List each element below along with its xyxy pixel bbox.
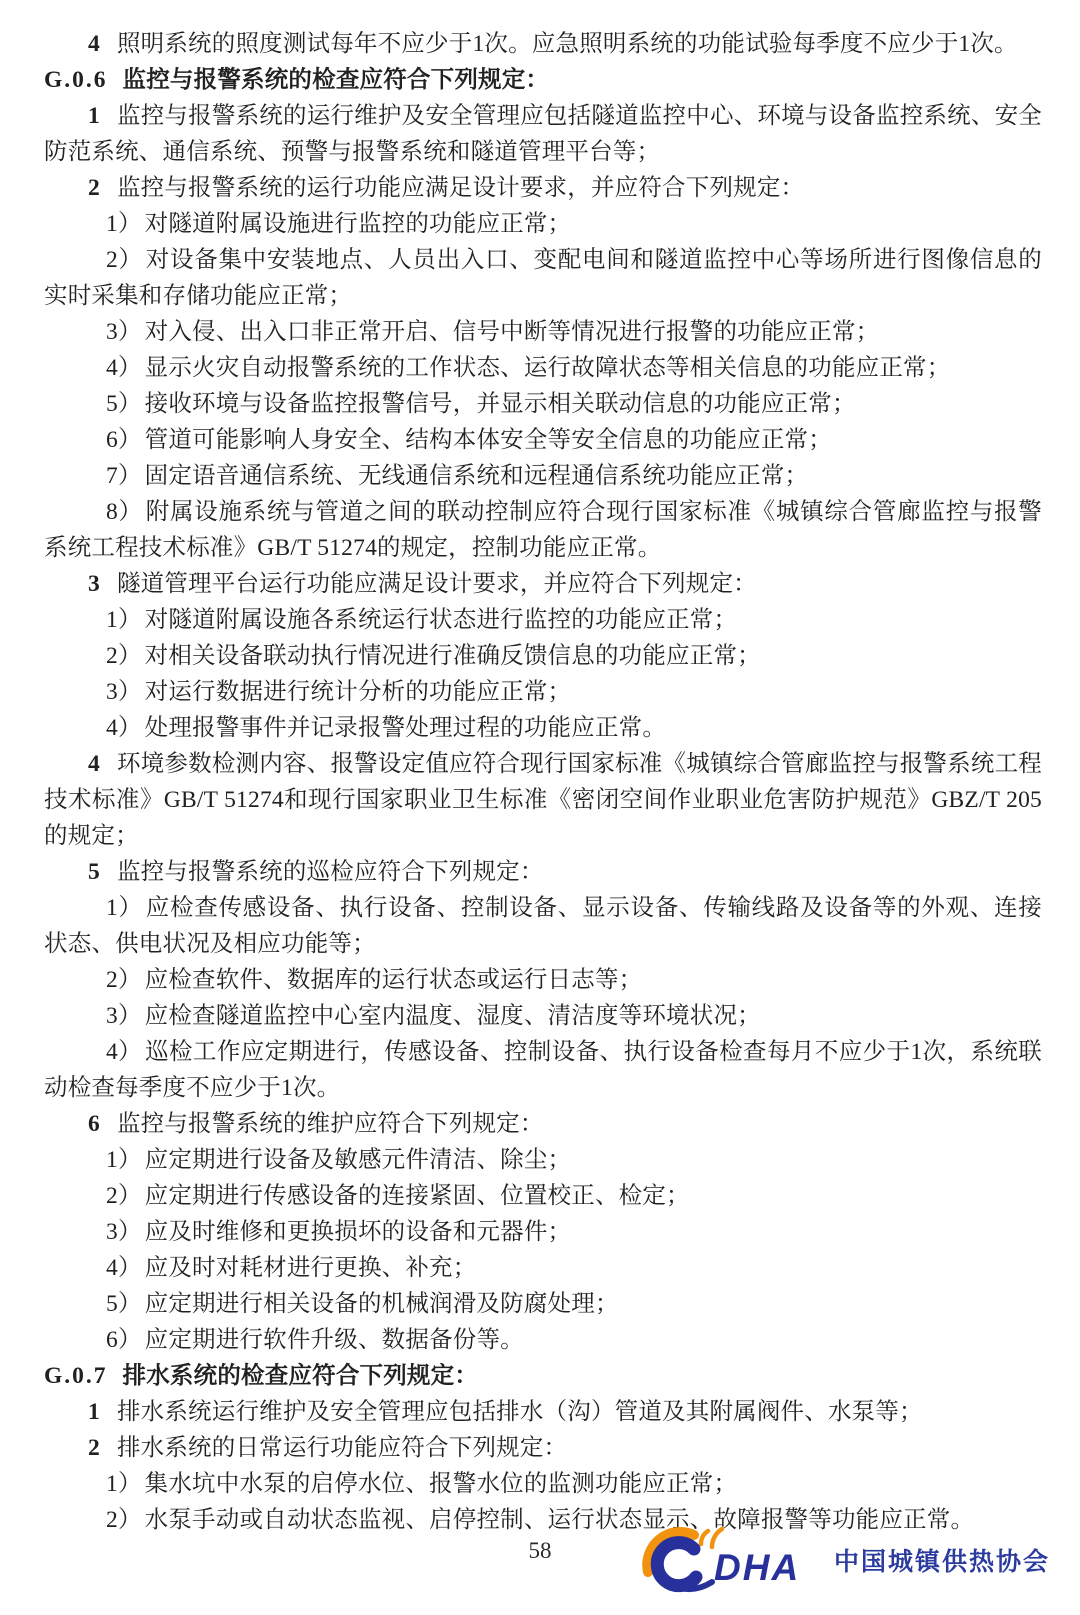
item-text: 固定语音通信系统、无线通信系统和远程通信系统功能应正常； bbox=[145, 463, 809, 489]
item-text: 排水系统的日常运行功能应符合下列规定： bbox=[117, 1435, 567, 1461]
clause-paragraph: G.0.7排水系统的检查应符合下列规定： bbox=[44, 1358, 1042, 1394]
item-label: 8） bbox=[106, 499, 143, 525]
page-footer: 58 DHA 中国城镇供热协会 bbox=[0, 1526, 1080, 1606]
item-label: 3 bbox=[88, 571, 100, 597]
sub-list-item: 2）对设备集中安装地点、人员出入口、变配电间和隧道监控中心等场所进行图像信息的实… bbox=[44, 242, 1042, 314]
association-logo: DHA 中国城镇供热协会 bbox=[636, 1526, 1050, 1594]
numbered-item: 2监控与报警系统的运行功能应满足设计要求，并应符合下列规定： bbox=[44, 170, 1042, 206]
item-text: 应检查隧道监控中心室内温度、湿度、清洁度等环境状况； bbox=[145, 1003, 761, 1029]
item-text: 对设备集中安装地点、人员出入口、变配电间和隧道监控中心等场所进行图像信息的实时采… bbox=[44, 247, 1042, 309]
item-text: 对运行数据进行统计分析的功能应正常； bbox=[145, 679, 572, 705]
numbered-item: 6监控与报警系统的维护应符合下列规定： bbox=[44, 1106, 1042, 1142]
item-text: 管道可能影响人身安全、结构本体安全等安全信息的功能应正常； bbox=[145, 427, 832, 453]
item-label: 4） bbox=[106, 715, 142, 741]
clause-paragraph: G.0.6监控与报警系统的检查应符合下列规定： bbox=[44, 62, 1042, 98]
item-text: 对隧道附属设施进行监控的功能应正常； bbox=[145, 211, 572, 237]
item-text: 监控与报警系统的检查应符合下列规定： bbox=[123, 67, 550, 93]
item-label: 2 bbox=[88, 175, 100, 201]
sub-list-item: 2）应定期进行传感设备的连接紧固、位置校正、检定； bbox=[44, 1178, 1042, 1214]
item-label: 7） bbox=[106, 463, 142, 489]
item-label: 2 bbox=[88, 1435, 100, 1461]
item-text: 显示火灾自动报警系统的工作状态、运行故障状态等相关信息的功能应正常； bbox=[145, 355, 951, 381]
item-text: 应检查传感设备、执行设备、控制设备、显示设备、传输线路及设备等的外观、连接状态、… bbox=[44, 895, 1042, 957]
item-label: 5 bbox=[88, 859, 100, 885]
item-text: 对相关设备联动执行情况进行准确反馈信息的功能应正常； bbox=[145, 643, 761, 669]
item-label: 3） bbox=[106, 319, 142, 345]
item-label: 5） bbox=[106, 1291, 142, 1317]
item-label: 1 bbox=[88, 1399, 100, 1425]
sub-list-item: 4）处理报警事件并记录报警处理过程的功能应正常。 bbox=[44, 710, 1042, 746]
sub-list-item: 1）对隧道附属设施进行监控的功能应正常； bbox=[44, 206, 1042, 242]
document-body: 4照明系统的照度测试每年不应少于1次。应急照明系统的功能试验每季度不应少于1次。… bbox=[44, 26, 1042, 1538]
item-text: 应定期进行设备及敏感元件清洁、除尘； bbox=[145, 1147, 572, 1173]
item-text: 隧道管理平台运行功能应满足设计要求，并应符合下列规定： bbox=[117, 571, 757, 597]
sub-list-item: 1）对隧道附属设施各系统运行状态进行监控的功能应正常； bbox=[44, 602, 1042, 638]
sub-list-item: 8）附属设施系统与管道之间的联动控制应符合现行国家标准《城镇综合管廊监控与报警系… bbox=[44, 494, 1042, 566]
item-text: 监控与报警系统的巡检应符合下列规定： bbox=[117, 859, 544, 885]
numbered-item: 4环境参数检测内容、报警设定值应符合现行国家标准《城镇综合管廊监控与报警系统工程… bbox=[44, 746, 1042, 854]
sub-list-item: 1）应定期进行设备及敏感元件清洁、除尘； bbox=[44, 1142, 1042, 1178]
item-text: 集水坑中水泵的启停水位、报警水位的监测功能应正常； bbox=[145, 1471, 738, 1497]
item-label: 4） bbox=[106, 1039, 142, 1065]
item-text: 处理报警事件并记录报警处理过程的功能应正常。 bbox=[145, 715, 666, 741]
sub-list-item: 5）接收环境与设备监控报警信号，并显示相关联动信息的功能应正常； bbox=[44, 386, 1042, 422]
item-text: 排水系统的检查应符合下列规定： bbox=[123, 1363, 479, 1389]
numbered-item: 2排水系统的日常运行功能应符合下列规定： bbox=[44, 1430, 1042, 1466]
item-text: 对隧道附属设施各系统运行状态进行监控的功能应正常； bbox=[145, 607, 738, 633]
sub-list-item: 3）对入侵、出入口非正常开启、信号中断等情况进行报警的功能应正常； bbox=[44, 314, 1042, 350]
item-text: 照明系统的照度测试每年不应少于1次。应急照明系统的功能试验每季度不应少于1次。 bbox=[117, 31, 1018, 57]
item-label: 4） bbox=[106, 355, 142, 381]
sub-list-item: 4）应及时对耗材进行更换、补充； bbox=[44, 1250, 1042, 1286]
sub-list-item: 7）固定语音通信系统、无线通信系统和远程通信系统功能应正常； bbox=[44, 458, 1042, 494]
item-text: 应及时对耗材进行更换、补充； bbox=[145, 1255, 477, 1281]
item-label: 4） bbox=[106, 1255, 142, 1281]
item-label: 5） bbox=[106, 391, 142, 417]
item-label: 3） bbox=[106, 1003, 142, 1029]
item-label: 1） bbox=[106, 211, 142, 237]
dha-logo-icon: DHA bbox=[636, 1526, 826, 1594]
numbered-item: 5监控与报警系统的巡检应符合下列规定： bbox=[44, 854, 1042, 890]
item-text: 附属设施系统与管道之间的联动控制应符合现行国家标准《城镇综合管廊监控与报警系统工… bbox=[44, 499, 1042, 561]
item-label: G.0.7 bbox=[44, 1363, 108, 1389]
item-label: 1） bbox=[106, 1147, 142, 1173]
item-label: 4 bbox=[88, 751, 100, 777]
item-label: 2） bbox=[106, 247, 143, 273]
item-label: 2） bbox=[106, 643, 142, 669]
sub-list-item: 4）巡检工作应定期进行，传感设备、控制设备、执行设备检查每月不应少于1次，系统联… bbox=[44, 1034, 1042, 1106]
sub-list-item: 6）管道可能影响人身安全、结构本体安全等安全信息的功能应正常； bbox=[44, 422, 1042, 458]
item-label: 6） bbox=[106, 1327, 142, 1353]
sub-list-item: 1）集水坑中水泵的启停水位、报警水位的监测功能应正常； bbox=[44, 1466, 1042, 1502]
item-label: 1 bbox=[88, 103, 100, 129]
sub-list-item: 5）应定期进行相关设备的机械润滑及防腐处理； bbox=[44, 1286, 1042, 1322]
item-label: 2） bbox=[106, 967, 142, 993]
item-text: 应检查软件、数据库的运行状态或运行日志等； bbox=[145, 967, 643, 993]
item-text: 应及时维修和更换损坏的设备和元器件； bbox=[145, 1219, 572, 1245]
item-text: 排水系统运行维护及安全管理应包括排水（沟）管道及其附属阀件、水泵等； bbox=[117, 1399, 923, 1425]
sub-list-item: 2）应检查软件、数据库的运行状态或运行日志等； bbox=[44, 962, 1042, 998]
item-text: 对入侵、出入口非正常开启、信号中断等情况进行报警的功能应正常； bbox=[145, 319, 880, 345]
item-label: 3） bbox=[106, 679, 142, 705]
numbered-item: 1排水系统运行维护及安全管理应包括排水（沟）管道及其附属阀件、水泵等； bbox=[44, 1394, 1042, 1430]
sub-list-item: 3）应及时维修和更换损坏的设备和元器件； bbox=[44, 1214, 1042, 1250]
sub-list-item: 3）对运行数据进行统计分析的功能应正常； bbox=[44, 674, 1042, 710]
item-text: 应定期进行传感设备的连接紧固、位置校正、检定； bbox=[145, 1183, 690, 1209]
item-text: 应定期进行软件升级、数据备份等。 bbox=[145, 1327, 524, 1353]
sub-list-item: 1）应检查传感设备、执行设备、控制设备、显示设备、传输线路及设备等的外观、连接状… bbox=[44, 890, 1042, 962]
sub-list-item: 2）对相关设备联动执行情况进行准确反馈信息的功能应正常； bbox=[44, 638, 1042, 674]
item-label: 6） bbox=[106, 427, 142, 453]
item-label: 6 bbox=[88, 1111, 100, 1137]
item-label: 1） bbox=[106, 607, 142, 633]
item-text: 监控与报警系统的维护应符合下列规定： bbox=[117, 1111, 544, 1137]
sub-list-item: 3）应检查隧道监控中心室内温度、湿度、清洁度等环境状况； bbox=[44, 998, 1042, 1034]
item-text: 接收环境与设备监控报警信号，并显示相关联动信息的功能应正常； bbox=[145, 391, 856, 417]
item-text: 监控与报警系统的运行功能应满足设计要求，并应符合下列规定： bbox=[117, 175, 804, 201]
item-text: 巡检工作应定期进行，传感设备、控制设备、执行设备检查每月不应少于1次，系统联动检… bbox=[44, 1039, 1042, 1101]
item-text: 监控与报警系统的运行维护及安全管理应包括隧道监控中心、环境与设备监控系统、安全防… bbox=[44, 103, 1042, 165]
item-label: 2） bbox=[106, 1183, 142, 1209]
item-label: 4 bbox=[88, 31, 100, 57]
association-name: 中国城镇供热协会 bbox=[834, 1542, 1050, 1578]
sub-list-item: 6）应定期进行软件升级、数据备份等。 bbox=[44, 1322, 1042, 1358]
item-text: 环境参数检测内容、报警设定值应符合现行国家标准《城镇综合管廊监控与报警系统工程技… bbox=[44, 751, 1042, 849]
numbered-item: 4照明系统的照度测试每年不应少于1次。应急照明系统的功能试验每季度不应少于1次。 bbox=[44, 26, 1042, 62]
numbered-item: 1监控与报警系统的运行维护及安全管理应包括隧道监控中心、环境与设备监控系统、安全… bbox=[44, 98, 1042, 170]
item-label: G.0.6 bbox=[44, 67, 108, 93]
item-text: 应定期进行相关设备的机械润滑及防腐处理； bbox=[145, 1291, 619, 1317]
sub-list-item: 4）显示火灾自动报警系统的工作状态、运行故障状态等相关信息的功能应正常； bbox=[44, 350, 1042, 386]
item-label: 1） bbox=[106, 895, 143, 921]
dha-acronym-text: DHA bbox=[714, 1547, 800, 1588]
item-label: 3） bbox=[106, 1219, 142, 1245]
item-label: 1） bbox=[106, 1471, 142, 1497]
numbered-item: 3隧道管理平台运行功能应满足设计要求，并应符合下列规定： bbox=[44, 566, 1042, 602]
